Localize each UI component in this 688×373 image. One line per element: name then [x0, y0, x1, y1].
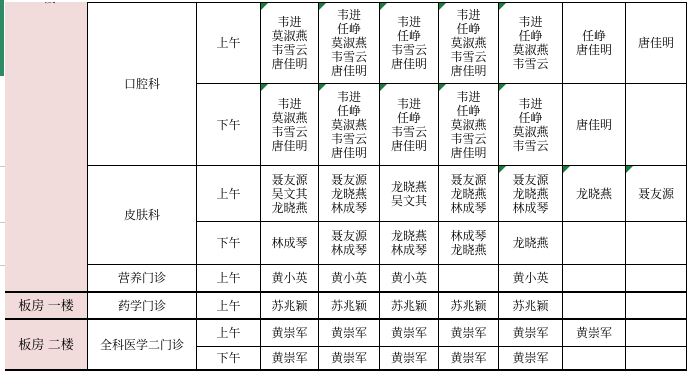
schedule-cell[interactable]	[563, 222, 626, 265]
doctor-names: 苏兆颖	[512, 299, 548, 313]
schedule-cell[interactable]: 聂友源 龙晓燕 林成琴	[439, 166, 499, 222]
schedule-cell[interactable]: 聂友源 龙晓燕 林成琴	[319, 166, 380, 222]
doctor-names: 苏兆颖	[391, 299, 427, 313]
doctor-names: 韦进 莫淑燕 韦雪云 唐佳明	[271, 97, 307, 153]
spreadsheet-viewport: 二楼 板房 一楼 板房 二楼 口腔科 皮肤科 营养门诊 药学门诊 全科医学二门诊…	[0, 0, 688, 373]
schedule-cell[interactable]: 黄小英	[319, 265, 380, 293]
schedule-cell[interactable]: 黄崇军	[439, 320, 499, 347]
schedule-cell[interactable]: 龙晓燕	[563, 166, 626, 222]
doctor-names: 黄小英	[391, 271, 427, 285]
doctor-names: 龙晓燕 林成琴	[391, 229, 427, 257]
doctor-names: 林成琴 龙晓燕	[450, 229, 486, 257]
doctor-names: 聂友源 龙晓燕 林成琴	[512, 173, 548, 215]
doctor-names: 黄崇军	[512, 326, 548, 340]
doctor-names: 聂友源 龙晓燕 林成琴	[331, 173, 367, 215]
doctor-names: 聂友源 龙晓燕 林成琴	[450, 173, 486, 215]
schedule-cell[interactable]: 韦进 莫淑燕 韦雪云 唐佳明	[261, 84, 319, 166]
session-label: 上午	[216, 326, 240, 340]
doctor-names: 黄小英	[331, 271, 367, 285]
doctor-names: 聂友源	[638, 187, 674, 201]
doctor-names: 黄崇军	[271, 351, 307, 365]
schedule-cell[interactable]: 黄崇军	[380, 320, 439, 347]
schedule-cell[interactable]: 苏兆颖	[439, 293, 499, 320]
session-label: 上午	[216, 271, 240, 285]
schedule-cell[interactable]: 韦进 任峥 莫淑燕 韦雪云	[499, 84, 563, 166]
doctor-names: 韦进 任峥 莫淑燕 韦雪云 唐佳明	[331, 90, 367, 160]
doctor-names: 任峥 唐佳明	[576, 29, 612, 57]
schedule-cell[interactable]	[439, 265, 499, 293]
schedule-cell[interactable]: 龙晓燕 吴文其	[380, 166, 439, 222]
session-label: 下午	[216, 236, 240, 250]
schedule-cell[interactable]: 黄崇军	[319, 347, 380, 371]
schedule-cell[interactable]: 黄崇军	[563, 320, 626, 347]
doctor-names: 黄崇军	[331, 326, 367, 340]
doctor-names: 韦进 任峥 莫淑燕 韦雪云 唐佳明	[331, 8, 367, 78]
schedule-cell[interactable]: 黄崇军	[439, 347, 499, 371]
floor-band-cell-floor2[interactable]: 二楼	[5, 2, 88, 293]
comment-marker-icon	[380, 3, 387, 10]
schedule-cell[interactable]: 苏兆颖	[319, 293, 380, 320]
schedule-cell[interactable]	[626, 84, 687, 166]
schedule-cell[interactable]	[626, 347, 687, 371]
session-label: 上午	[216, 36, 240, 50]
doctor-names: 韦进 任峥 韦雪云 唐佳明	[391, 15, 427, 71]
doctor-names: 韦进 任峥 莫淑燕 韦雪云 唐佳明	[450, 90, 486, 160]
doctor-names: 黄崇军	[271, 326, 307, 340]
session-cell[interactable]: 上午	[197, 320, 261, 347]
doctor-names: 唐佳明	[638, 36, 674, 50]
schedule-cell[interactable]	[626, 293, 687, 320]
comment-marker-icon	[499, 3, 506, 10]
floor-label: 板房 一楼	[18, 299, 74, 313]
schedule-cell[interactable]: 黄崇军	[261, 320, 319, 347]
schedule-cell[interactable]: 韦进 任峥 韦雪云 唐佳明	[380, 84, 439, 166]
doctor-names: 黄崇军	[576, 326, 612, 340]
doctor-names: 黄崇军	[331, 351, 367, 365]
schedule-cell[interactable]: 黄崇军	[499, 347, 563, 371]
floor-band-cell-prefab1[interactable]: 板房 一楼	[5, 293, 88, 320]
schedule-table: 二楼 板房 一楼 板房 二楼 口腔科 皮肤科 营养门诊 药学门诊 全科医学二门诊…	[5, 2, 687, 371]
schedule-cell[interactable]: 黄崇军	[499, 320, 563, 347]
session-label: 上午	[216, 187, 240, 201]
schedule-cell[interactable]: 韦进 任峥 莫淑燕 韦雪云 唐佳明	[319, 84, 380, 166]
doctor-names: 黄小英	[512, 271, 548, 285]
schedule-cell[interactable]: 聂友源 龙晓燕 林成琴	[499, 166, 563, 222]
session-label: 下午	[216, 351, 240, 365]
comment-marker-icon	[499, 84, 506, 91]
schedule-cell[interactable]: 韦进 莫淑燕 韦雪云 唐佳明	[261, 2, 319, 84]
schedule-cell[interactable]: 聂友源 林成琴	[319, 222, 380, 265]
schedule-cell[interactable]: 聂友源	[626, 166, 687, 222]
schedule-cell[interactable]: 苏兆颖	[380, 293, 439, 320]
doctor-names: 苏兆颖	[450, 299, 486, 313]
doctor-names: 聂友源 吴文其 龙晓燕	[271, 173, 307, 215]
schedule-cell[interactable]: 林成琴 龙晓燕	[439, 222, 499, 265]
session-cell[interactable]: 下午	[197, 222, 261, 265]
session-cell[interactable]: 下午	[197, 84, 261, 166]
doctor-names: 黄崇军	[450, 351, 486, 365]
schedule-cell[interactable]: 韦进 任峥 莫淑燕 韦雪云 唐佳明	[439, 84, 499, 166]
doctor-names: 龙晓燕	[512, 236, 548, 250]
department-cell-nutrition[interactable]: 营养门诊	[88, 265, 197, 293]
session-cell[interactable]: 下午	[197, 347, 261, 371]
department-cell-dermatology[interactable]: 皮肤科	[88, 166, 197, 265]
schedule-cell[interactable]: 龙晓燕	[499, 222, 563, 265]
session-cell[interactable]: 上午	[197, 293, 261, 320]
schedule-cell[interactable]: 林成琴	[261, 222, 319, 265]
schedule-cell[interactable]: 黄小英	[380, 265, 439, 293]
doctor-names: 韦进 任峥 韦雪云 唐佳明	[391, 97, 427, 153]
doctor-names: 韦进 任峥 莫淑燕 韦雪云	[512, 15, 548, 71]
schedule-cell[interactable]: 黄崇军	[261, 347, 319, 371]
doctor-names: 黄崇军	[450, 326, 486, 340]
department-label: 皮肤科	[124, 208, 160, 222]
comment-marker-icon	[563, 166, 570, 173]
comment-marker-icon	[380, 84, 387, 91]
schedule-cell[interactable]: 韦进 任峥 韦雪云 唐佳明	[380, 2, 439, 84]
department-cell-general-medicine[interactable]: 全科医学二门诊	[88, 320, 197, 371]
floor-label: 板房 二楼	[18, 338, 74, 352]
doctor-names: 韦进 任峥 莫淑燕 韦雪云 唐佳明	[450, 8, 486, 78]
doctor-names: 黄小英	[271, 271, 307, 285]
schedule-cell[interactable]	[563, 265, 626, 293]
schedule-cell[interactable]: 苏兆颖	[499, 293, 563, 320]
department-cell-pharmacy[interactable]: 药学门诊	[88, 293, 197, 320]
schedule-cell[interactable]: 黄崇军	[319, 320, 380, 347]
doctor-names: 黄崇军	[391, 326, 427, 340]
department-label: 口腔科	[124, 77, 160, 91]
schedule-cell[interactable]	[563, 347, 626, 371]
session-label: 下午	[216, 118, 240, 132]
schedule-cell[interactable]: 任峥 唐佳明	[563, 2, 626, 84]
department-cell-dental[interactable]: 口腔科	[88, 2, 197, 166]
comment-marker-icon	[626, 166, 633, 173]
schedule-cell[interactable]: 韦进 任峥 莫淑燕 韦雪云	[499, 2, 563, 84]
comment-marker-icon	[261, 84, 268, 91]
schedule-cell[interactable]: 黄小英	[499, 265, 563, 293]
schedule-cell[interactable]: 苏兆颖	[261, 293, 319, 320]
floor-label: 二楼	[27, 2, 59, 5]
session-cell[interactable]: 上午	[197, 265, 261, 293]
doctor-names: 唐佳明	[576, 118, 612, 132]
schedule-cell[interactable]: 黄崇军	[380, 347, 439, 371]
doctor-names: 龙晓燕	[576, 187, 612, 201]
session-cell[interactable]: 上午	[197, 166, 261, 222]
schedule-cell[interactable]: 黄小英	[261, 265, 319, 293]
department-label: 药学门诊	[118, 299, 166, 313]
schedule-cell[interactable]	[626, 265, 687, 293]
session-cell[interactable]: 上午	[197, 2, 261, 84]
schedule-cell[interactable]: 唐佳明	[563, 84, 626, 166]
schedule-cell[interactable]: 龙晓燕 林成琴	[380, 222, 439, 265]
doctor-names: 聂友源 林成琴	[331, 229, 367, 257]
schedule-cell[interactable]: 韦进 任峥 莫淑燕 韦雪云 唐佳明	[439, 2, 499, 84]
schedule-cell[interactable]: 聂友源 吴文其 龙晓燕	[261, 166, 319, 222]
doctor-names: 韦进 莫淑燕 韦雪云 唐佳明	[271, 15, 307, 71]
doctor-names: 韦进 任峥 莫淑燕 韦雪云	[512, 97, 548, 153]
comment-marker-icon	[319, 3, 326, 10]
session-label: 上午	[216, 299, 240, 313]
schedule-cell[interactable]	[626, 222, 687, 265]
comment-marker-icon	[319, 84, 326, 91]
selection-left-bar	[0, 0, 4, 76]
department-label: 营养门诊	[118, 271, 166, 285]
doctor-names: 龙晓燕 吴文其	[391, 180, 427, 208]
doctor-names: 苏兆颖	[331, 299, 367, 313]
comment-marker-icon	[439, 84, 446, 91]
comment-marker-icon	[261, 3, 268, 10]
department-label: 全科医学二门诊	[100, 338, 184, 352]
doctor-names: 黄崇军	[512, 351, 548, 365]
doctor-names: 苏兆颖	[271, 299, 307, 313]
schedule-cell[interactable]	[626, 320, 687, 347]
schedule-cell[interactable]: 韦进 任峥 莫淑燕 韦雪云 唐佳明	[319, 2, 380, 84]
doctor-names: 林成琴	[271, 236, 307, 250]
doctor-names: 黄崇军	[391, 351, 427, 365]
schedule-cell[interactable]	[563, 293, 626, 320]
schedule-cell[interactable]: 唐佳明	[626, 2, 687, 84]
floor-band-cell-prefab2[interactable]: 板房 二楼	[5, 320, 88, 371]
comment-marker-icon	[499, 166, 506, 173]
comment-marker-icon	[439, 3, 446, 10]
